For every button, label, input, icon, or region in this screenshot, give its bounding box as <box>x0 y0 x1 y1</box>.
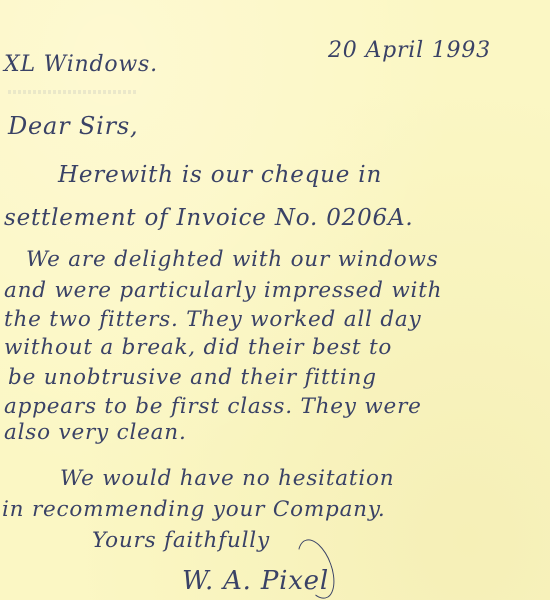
salutation: Dear Sirs, <box>8 112 138 140</box>
paragraph-line: settlement of Invoice No. 0206A. <box>4 205 413 231</box>
letter-date: 20 April 1993 <box>328 38 491 63</box>
paragraph-line: also very clean. <box>4 420 187 445</box>
paragraph-line: without a break, did their best to <box>4 335 392 360</box>
paragraph-line: be unobtrusive and their fitting <box>8 365 377 390</box>
paragraph-line: and were particularly impressed with <box>4 278 442 303</box>
paragraph-line: the two fitters. They worked all day <box>4 307 421 332</box>
signature: W. A. Pixel <box>182 566 329 596</box>
paragraph-line: in recommending your Company. <box>2 497 386 522</box>
paragraph-line: appears to be first class. They were <box>4 394 422 419</box>
letter-paper: XL Windows. 20 April 1993 Dear Sirs, Her… <box>0 0 550 600</box>
paragraph-line: We would have no hesitation <box>60 466 394 491</box>
faint-letterhead-remnant <box>8 90 136 94</box>
closing: Yours faithfully <box>92 528 270 553</box>
addressee: XL Windows. <box>4 52 158 77</box>
paragraph-line: Herewith is our cheque in <box>58 162 382 188</box>
paragraph-line: We are delighted with our windows <box>26 247 439 272</box>
